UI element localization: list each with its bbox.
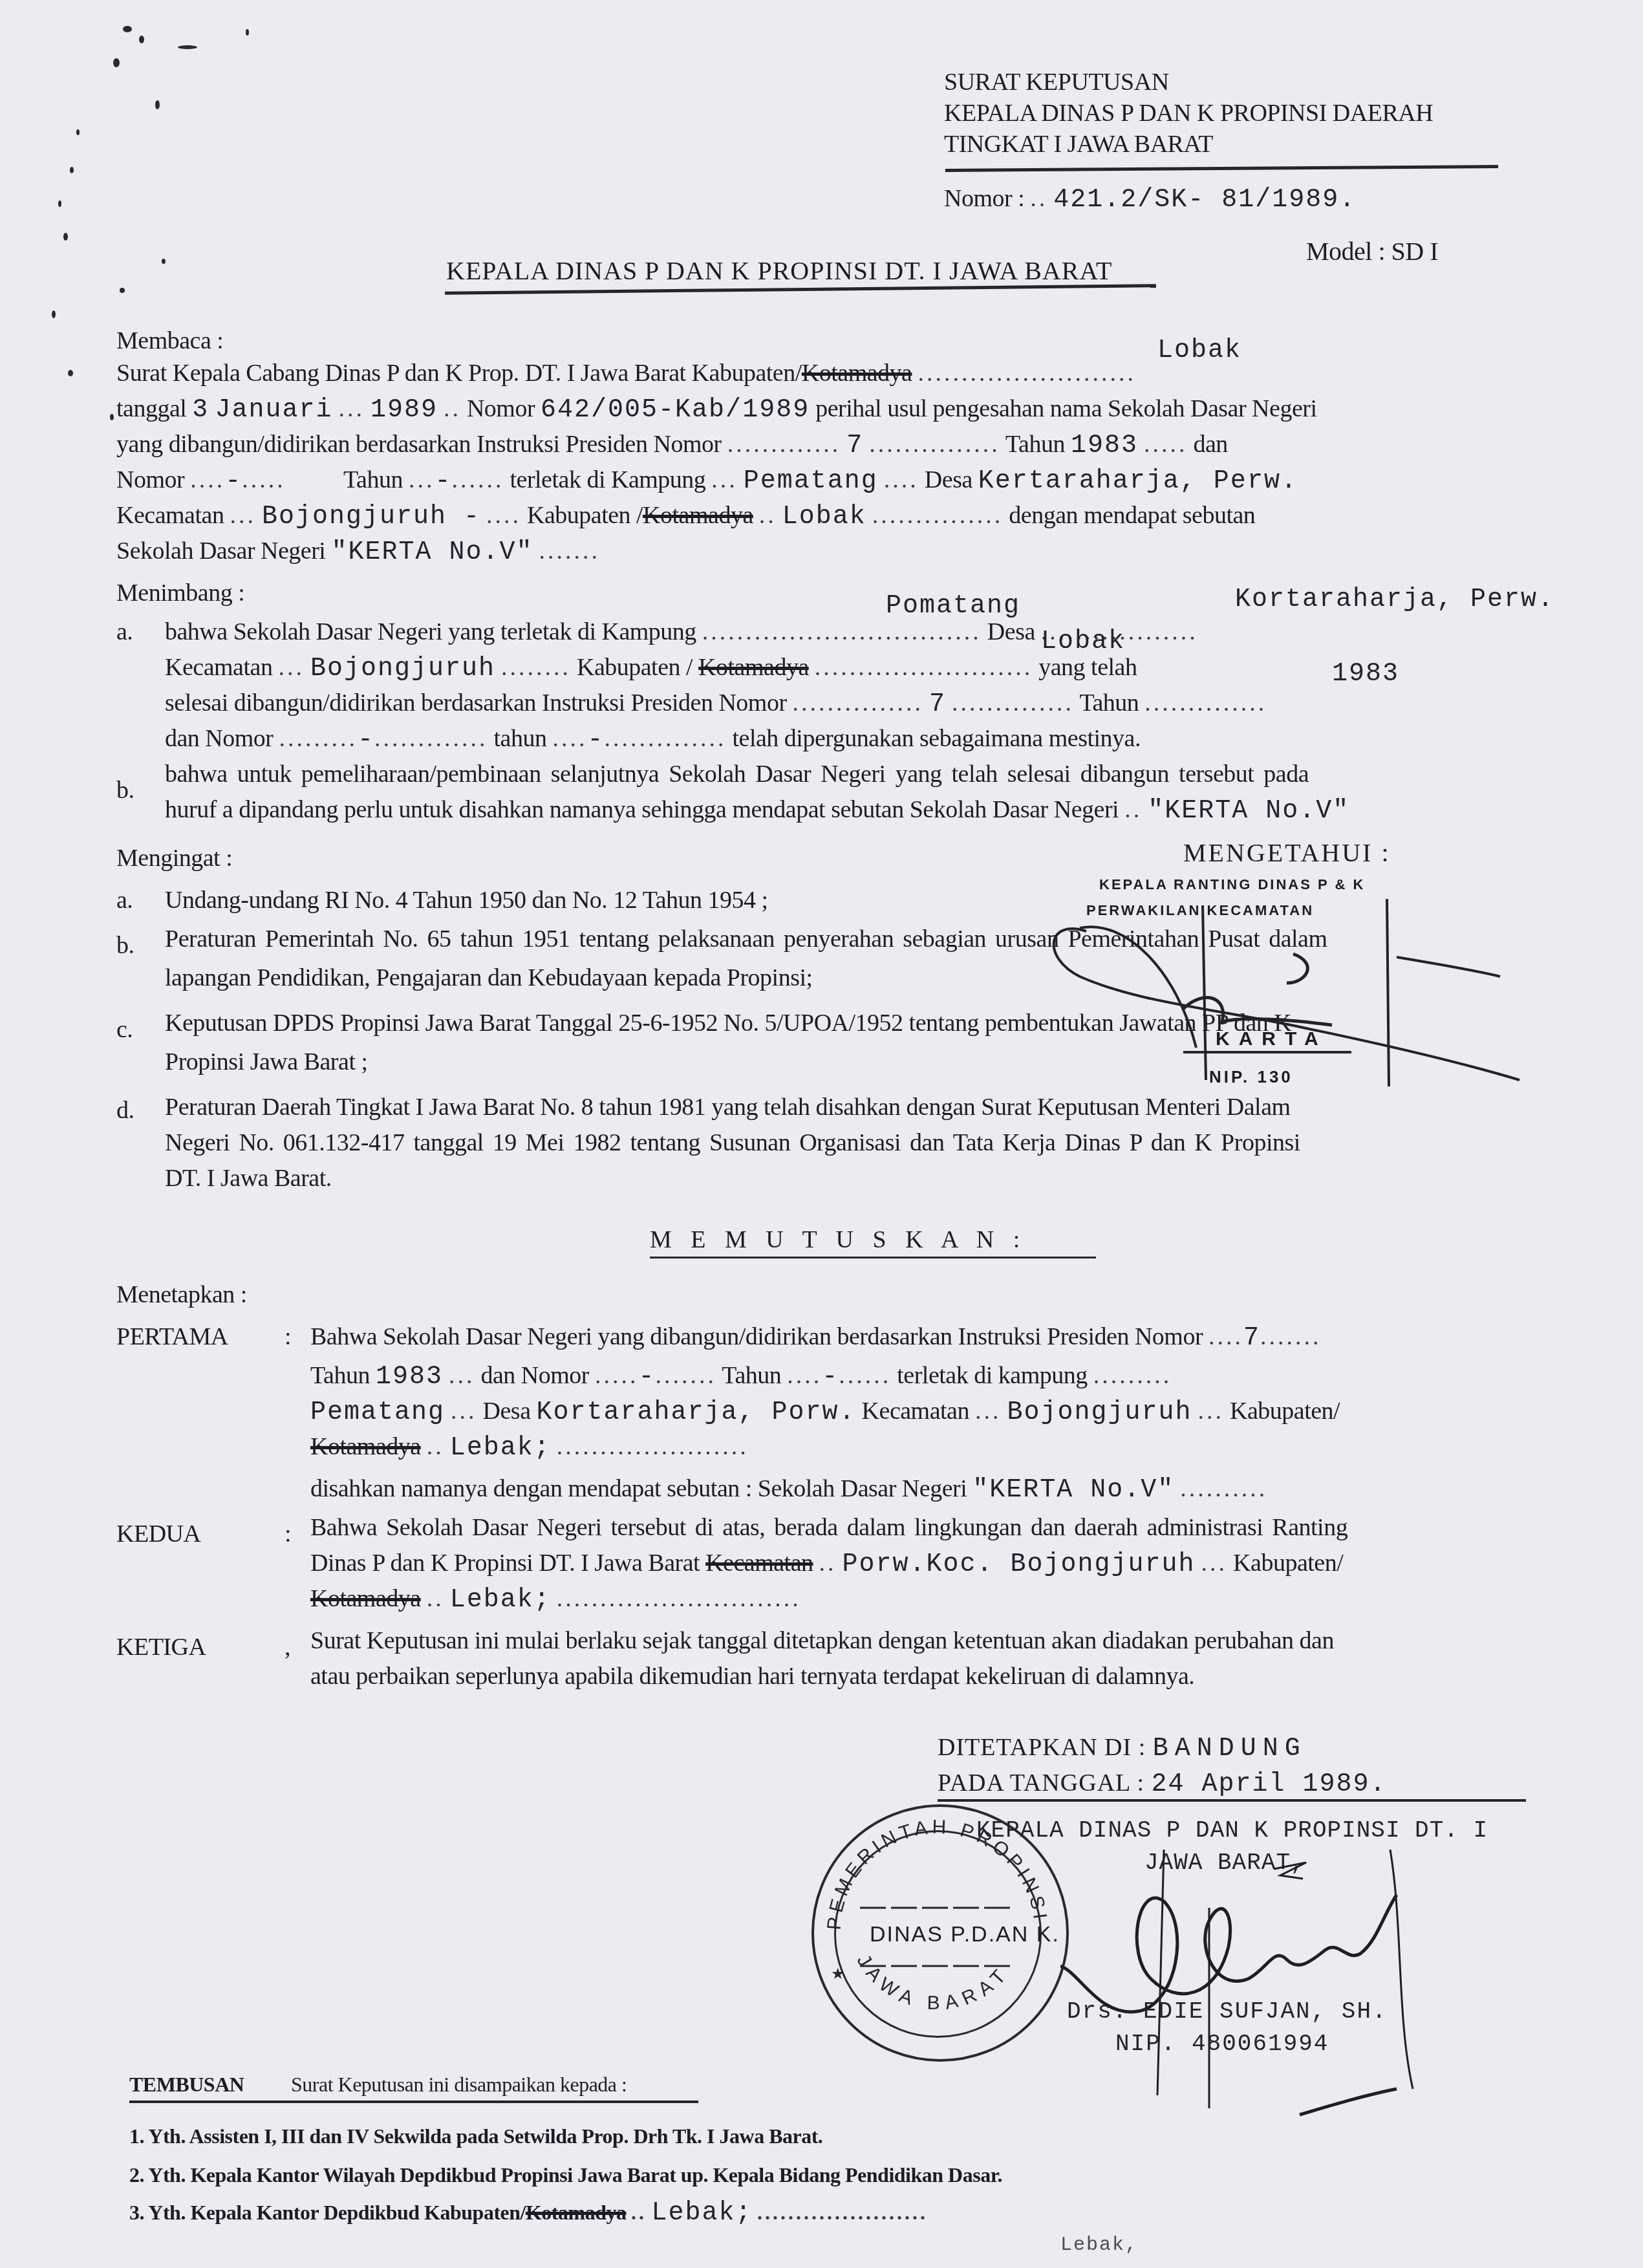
- tembusan-item-1: 1. Yth. Assisten I, III dan IV Sekwilda …: [129, 2124, 822, 2148]
- dots: ....: [190, 466, 225, 493]
- tanggal-year: 1989: [370, 396, 438, 425]
- surat-nomor: 642/005-Kab/1989: [541, 396, 810, 425]
- stamp-top-text: PEMERINTAH PROPINSI: [824, 1817, 1051, 1931]
- memutuskan-title: M E M U T U S K A N :: [650, 1226, 1026, 1254]
- menimbang-label: Menimbang :: [116, 579, 244, 607]
- text: Tahun: [343, 466, 403, 493]
- text: telah dipergunakan sebagaimana mestinya.: [733, 725, 1141, 752]
- mengetahui-signature: [1035, 892, 1526, 1099]
- text: Kabupaten/: [1230, 1398, 1340, 1425]
- dots: .....: [595, 1362, 639, 1389]
- text: Desa: [987, 618, 1035, 645]
- dots: .........................: [815, 654, 1033, 681]
- item-number: 1.: [129, 2124, 144, 2148]
- text: yang dibangun/didirikan berdasarkan Inst…: [116, 431, 722, 458]
- menimbang-a-line-4: dan Nomor .........-............. tahun …: [165, 724, 1141, 755]
- inpres-tahun: 1983: [376, 1363, 443, 1392]
- document-page: SURAT KEPUTUSAN KEPALA DINAS P DAN K PRO…: [0, 0, 1643, 2268]
- dots: .......: [656, 1362, 717, 1389]
- dots: ...: [449, 1362, 475, 1389]
- dots: .........: [279, 725, 358, 752]
- tahun2-value: -: [435, 467, 451, 496]
- tanggal-day: 3: [192, 396, 209, 425]
- dots: ....: [552, 725, 587, 752]
- item-number: 3.: [129, 2201, 144, 2224]
- text: huruf a dipandang perlu untuk disahkan n…: [165, 796, 1119, 823]
- inpres-nomor: 7: [846, 431, 863, 460]
- membaca-line-5: Kecamatan ... Bojongjuruh - .... Kabupat…: [116, 501, 1255, 532]
- menimbang-a-marker: a.: [116, 618, 133, 646]
- mengingat-d-marker: d.: [116, 1096, 134, 1125]
- dots: ...............: [869, 431, 1000, 458]
- sd-name: "KERTA No.V": [972, 1476, 1174, 1505]
- menimbang-b-line-1: bahwa untuk pemeliharaan/pembinaan selan…: [165, 760, 1309, 788]
- dots: ..........: [1180, 1475, 1267, 1502]
- text: Nomor: [467, 395, 535, 422]
- kedua-label: KEDUA: [116, 1520, 200, 1548]
- dots: ...............: [872, 502, 1004, 529]
- text: Kecamatan: [165, 654, 272, 681]
- struck-word: Kotamadya: [310, 1585, 421, 1612]
- text: dan Nomor: [165, 725, 274, 752]
- text: Kabupaten /: [577, 654, 693, 681]
- text: Desa: [483, 1398, 531, 1425]
- menimbang-a-line-2: Kecamatan ... Bojongjuruh ........ Kabup…: [165, 653, 1137, 684]
- text: perihal usul pengesahan nama Sekolah Das…: [815, 395, 1316, 422]
- text: Nomor: [116, 466, 184, 493]
- pertama-line-2: Tahun 1983 ... dan Nomor .....-....... T…: [310, 1361, 1172, 1392]
- dots: ......: [451, 466, 504, 493]
- dots: ...............: [793, 689, 924, 717]
- dots: ...: [1198, 1398, 1225, 1425]
- menetapkan-label: Menetapkan :: [116, 1280, 247, 1309]
- menimbang-b-line-2: huruf a dipandang perlu untuk disahkan n…: [165, 795, 1349, 826]
- tembusan-item-3: 3. Yth. Kepala Kantor Depdikbud Kabupate…: [129, 2199, 928, 2228]
- struck-word: Kecamatan: [705, 1550, 813, 1577]
- text: selesai dibangun/didirikan berdasarkan I…: [165, 689, 787, 717]
- text: Tahun: [1079, 689, 1139, 717]
- struck-word: Kotamadya: [310, 1433, 421, 1460]
- dots: ..: [631, 2201, 647, 2224]
- kab-value: Lebak;: [450, 1586, 551, 1615]
- tahun2-value: -: [822, 1363, 839, 1392]
- kab-value: Lebak;: [450, 1434, 551, 1463]
- dots: ..............: [952, 689, 1074, 717]
- text: Kecamatan: [862, 1398, 969, 1425]
- mengingat-b-text-2: lapangan Pendidikan, Pengajaran dan Kebu…: [165, 964, 813, 992]
- nomor-row: Nomor : .. 421.2/SK- 81/1989.: [944, 184, 1356, 215]
- sd-name: "KERTA No.V": [1148, 797, 1349, 826]
- ketiga-label: KETIGA: [116, 1633, 206, 1661]
- dots: ..............: [1144, 689, 1267, 717]
- menimbang-desa: Kortaraharja, Perw.: [1235, 585, 1554, 614]
- svg-text:PEMERINTAH PROPINSI: PEMERINTAH PROPINSI: [824, 1817, 1051, 1931]
- kampung-value: Pematang: [744, 467, 878, 496]
- menimbang-a-line-3: selesai dibangun/didirikan berdasarkan I…: [165, 689, 1267, 719]
- tahun2-value: -: [587, 726, 604, 755]
- dots: ..: [427, 1585, 444, 1612]
- text: dengan mendapat sebutan: [1009, 502, 1255, 529]
- dots: ..............: [605, 725, 727, 752]
- dots: ....: [1208, 1323, 1243, 1350]
- text: DITETAPKAN DI: [938, 1734, 1132, 1761]
- text: Dinas P dan K Propinsi DT. I Jawa Barat: [310, 1550, 700, 1577]
- mengetahui-line-1: KEPALA RANTING DINAS P & K: [1099, 876, 1365, 893]
- item-text: Yth. Kepala Kantor Wilayah Depdikbud Pro…: [148, 2163, 1002, 2187]
- dots: .....: [242, 466, 286, 493]
- text: Kabupaten/: [1233, 1550, 1343, 1577]
- svg-text:★: ★: [831, 1965, 845, 1983]
- header-block: SURAT KEPUTUSAN KEPALA DINAS P DAN K PRO…: [944, 68, 1433, 161]
- membaca-label: Membaca :: [116, 327, 223, 355]
- mengingat-d-text-2: Negeri No. 061.132-417 tanggal 19 Mei 19…: [165, 1129, 1300, 1157]
- mengingat-a-marker: a.: [116, 886, 133, 914]
- dots: ...: [338, 395, 365, 422]
- dots: .............: [374, 725, 488, 752]
- tanggal-month: Januari: [215, 396, 332, 425]
- pertama-line-4: Kotamadya .. Lebak; ....................…: [310, 1432, 749, 1463]
- kedua-line-3: Kotamadya .. Lebak; ....................…: [310, 1584, 801, 1615]
- inpres-tahun: 1983: [1071, 431, 1138, 460]
- ditetapkan-value: BANDUNG: [1153, 1734, 1307, 1764]
- mengingat-label: Mengingat :: [116, 844, 232, 872]
- nomor-label: Nomor :: [944, 185, 1024, 212]
- menimbang-kecamatan: Bojongjuruh: [310, 654, 495, 684]
- ditetapkan-row: DITETAPKAN DI : BANDUNG: [938, 1733, 1307, 1764]
- tembusan-partial: Lebak,: [1060, 2234, 1138, 2256]
- membaca-line-6: Sekolah Dasar Negeri "KERTA No.V" ......…: [116, 537, 600, 567]
- struck-word: Kotamadya: [802, 360, 912, 387]
- text: yang telah: [1038, 654, 1137, 681]
- text: Tahun: [310, 1362, 370, 1389]
- tembusan-underline: [129, 2101, 698, 2103]
- dots: ..: [1124, 796, 1142, 823]
- text: terletak di kampung: [897, 1362, 1087, 1389]
- membaca-line-4: Nomor ....-..... Tahun ...-...... terlet…: [116, 466, 1298, 496]
- text: Bahwa Sekolah Dasar Negeri yang dibangun…: [310, 1323, 1203, 1350]
- dots: ...: [230, 502, 256, 529]
- text: terletak di Kampung: [510, 466, 705, 493]
- item-text: Yth. Assisten I, III dan IV Sekwilda pad…: [148, 2124, 822, 2148]
- dots: ....: [486, 502, 521, 529]
- memutuskan-underline: [650, 1257, 1096, 1258]
- kecamatan-value: Bojongjuruh -: [262, 502, 480, 532]
- colon: ,: [285, 1633, 290, 1661]
- mengingat-c-text-2: Propinsi Jawa Barat ;: [165, 1048, 368, 1076]
- dots: .........................: [918, 360, 1136, 387]
- pertama-label: PERTAMA: [116, 1323, 228, 1351]
- dots: ...: [711, 466, 738, 493]
- dots: ..: [759, 502, 777, 529]
- mengingat-d-text-3: DT. I Jawa Barat.: [165, 1164, 332, 1193]
- dots: .......: [1260, 1323, 1322, 1350]
- inpres-nomor: 7: [1243, 1324, 1260, 1353]
- dots: ....: [787, 1362, 822, 1389]
- menimbang-b-marker: b.: [116, 776, 134, 805]
- item-number: 2.: [129, 2163, 144, 2187]
- pertama-line-3: Pematang ... Desa Kortaraharja, Porw. Ke…: [310, 1397, 1340, 1427]
- kampung-value: Pematang: [310, 1398, 445, 1427]
- tembusan-item-2: 2. Yth. Kepala Kantor Wilayah Depdikbud …: [129, 2163, 1002, 2187]
- pertama-line-1: Bahwa Sekolah Dasar Negeri yang dibangun…: [310, 1323, 1322, 1353]
- dots: ..: [1030, 185, 1047, 212]
- signatory-name: Drs. EDIE SUFJAN, SH.: [1067, 1998, 1388, 2025]
- ketiga-line-1: Surat Keputusan ini mulai berlaku sejak …: [310, 1626, 1334, 1655]
- dots: ...: [409, 466, 435, 493]
- mengingat-a-text: Undang-undang RI No. 4 Tahun 1950 dan No…: [165, 886, 768, 914]
- struck-word: Kotamadya: [698, 654, 809, 681]
- text: PADA TANGGAL: [938, 1769, 1130, 1797]
- text: Tahun: [1005, 431, 1065, 458]
- dots: .....: [1144, 431, 1188, 458]
- header-line: KEPALA DINAS P DAN K PROPINSI DAERAH: [944, 99, 1433, 130]
- dots: ................................: [702, 618, 982, 645]
- kabupaten-value: Lobak: [1157, 336, 1241, 365]
- text: dan: [1193, 431, 1227, 458]
- pertama-line-5: disahkan namanya dengan mendapat sebutan…: [310, 1474, 1267, 1505]
- mengingat-c-marker: c.: [116, 1015, 133, 1044]
- dots: ...: [451, 1398, 477, 1425]
- text: disahkan namanya dengan mendapat sebutan…: [310, 1475, 967, 1502]
- kedua-line-2: Dinas P dan K Propinsi DT. I Jawa Barat …: [310, 1549, 1343, 1579]
- dots: .......: [539, 537, 600, 565]
- svg-text:JAWA BARAT: JAWA BARAT: [853, 1951, 1015, 2014]
- nomor-value: -: [358, 726, 374, 755]
- text: Kabupaten /: [527, 502, 643, 529]
- membaca-line-2: tanggal 3 Januari ... 1989 .. Nomor 642/…: [116, 394, 1316, 425]
- text: tahun: [494, 725, 547, 752]
- kecamatan-value: Porw.Koc. Bojongjuruh: [843, 1550, 1196, 1579]
- sd-name: "KERTA No.V": [331, 538, 533, 567]
- kab-value: Lobak: [782, 502, 866, 532]
- mengetahui-title: MENGETAHUI :: [1183, 837, 1391, 868]
- membaca-line-1: Surat Kepala Cabang Dinas P dan K Prop. …: [116, 359, 1136, 387]
- nomor2-value: -: [225, 467, 242, 496]
- signatory-nip: NIP. 480061994: [1115, 2031, 1329, 2057]
- handwritten-signature: [1060, 1850, 1513, 2121]
- dots: ......: [839, 1362, 891, 1389]
- dots: ..: [819, 1550, 837, 1577]
- text: Kecamatan: [116, 502, 224, 529]
- dots: ...: [975, 1398, 1002, 1425]
- stamp-center-text: DINAS P.D.AN K.: [870, 1922, 1060, 1947]
- tanggal-row: PADA TANGGAL : 24 April 1989.: [938, 1769, 1387, 1799]
- item-text: Yth. Kepala Kantor Depdikbud Kabupaten/: [148, 2201, 526, 2224]
- header-underline: [945, 165, 1498, 172]
- dots: .........: [1093, 1362, 1172, 1389]
- stamp-bottom-text: JAWA BARAT: [853, 1951, 1015, 2014]
- menimbang-tahun: 1983: [1332, 660, 1399, 689]
- nomor-value: 421.2/SK- 81/1989.: [1053, 186, 1356, 215]
- dots: ......................: [757, 2201, 928, 2224]
- menimbang-kab: Lobak: [1041, 627, 1125, 656]
- kedua-line-1: Bahwa Sekolah Dasar Negeri tersebut di a…: [310, 1513, 1348, 1542]
- colon: :: [285, 1323, 291, 1351]
- header-line: SURAT KEPUTUSAN: [944, 68, 1433, 99]
- text: bahwa Sekolah Dasar Negeri yang terletak…: [165, 618, 696, 645]
- dots: ....: [884, 466, 919, 493]
- struck-word: Kotamadya: [526, 2201, 627, 2224]
- kecamatan-value: Bojongjuruh: [1007, 1398, 1192, 1427]
- text: dan Nomor: [480, 1362, 589, 1389]
- header-line: TINGKAT I JAWA BARAT: [944, 130, 1433, 161]
- inpres-nomor: 7: [929, 690, 946, 719]
- dots: ......................: [557, 1433, 749, 1460]
- dots: ...: [278, 654, 305, 681]
- model-label: Model : SD I: [1306, 236, 1438, 266]
- ketiga-line-2: atau perbaikan seperlunya apabila dikemu…: [310, 1662, 1194, 1690]
- desa-value: Kortaraharja, Porw.: [537, 1398, 856, 1427]
- dots: ..: [427, 1433, 444, 1460]
- dots: ........: [501, 654, 571, 681]
- tembusan-label: TEMBUSAN: [129, 2073, 244, 2097]
- desa-value: Kertaraharja, Perw.: [978, 467, 1298, 496]
- menimbang-kampung: Pomatang: [886, 592, 1020, 621]
- main-title: KEPALA DINAS P DAN K PROPINSI DT. I JAWA…: [446, 255, 1112, 286]
- dots: .............: [727, 431, 841, 458]
- dots: ............................: [557, 1585, 801, 1612]
- membaca-line-3: yang dibangun/didirikan berdasarkan Inst…: [116, 430, 1228, 460]
- struck-word: Kotamadya: [643, 502, 753, 529]
- text: Sekolah Dasar Negeri: [116, 537, 325, 565]
- tembusan-intro: Surat Keputusan ini disampaikan kepada :: [291, 2073, 627, 2097]
- dots: ..: [444, 395, 461, 422]
- dots: ...: [1201, 1550, 1228, 1577]
- text: Tahun: [722, 1362, 781, 1389]
- tanggal-value: 24 April 1989.: [1151, 1770, 1386, 1799]
- mengingat-b-marker: b.: [116, 931, 134, 960]
- text: Desa: [925, 466, 972, 493]
- nomor-value: -: [638, 1363, 655, 1392]
- text: tanggal: [116, 395, 186, 422]
- signature-rule: [938, 1799, 1526, 1802]
- item-value: Lebak;: [651, 2199, 752, 2228]
- text: Surat Kepala Cabang Dinas P dan K Prop. …: [116, 360, 802, 387]
- colon: :: [285, 1520, 291, 1548]
